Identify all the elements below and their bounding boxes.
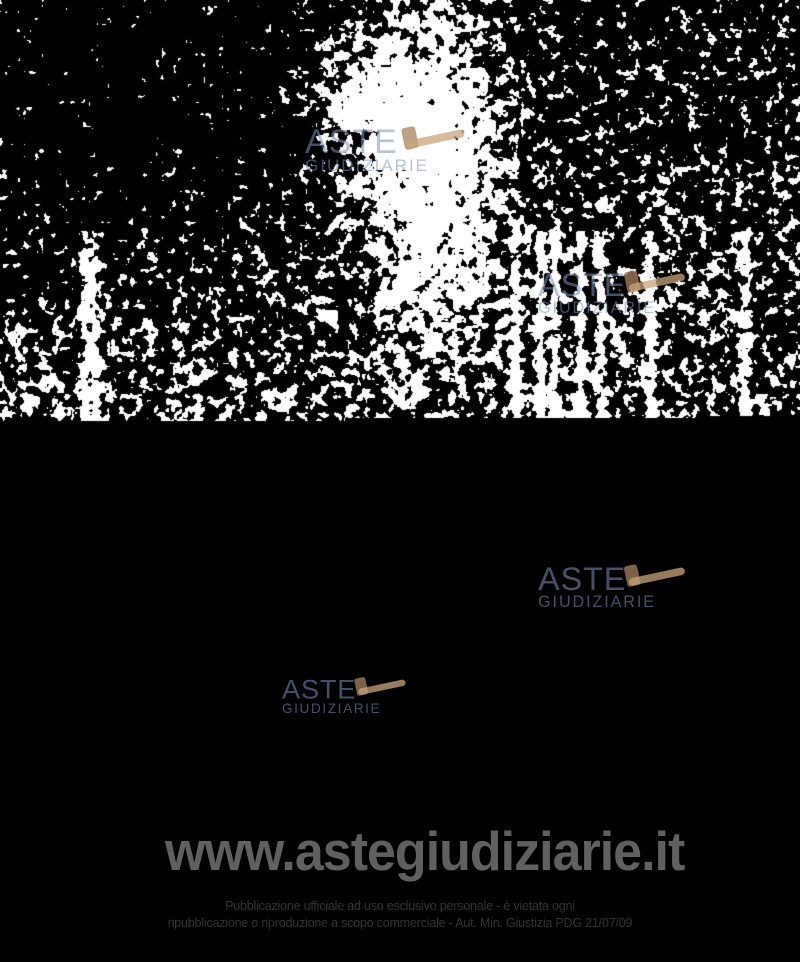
forest-photo bbox=[0, 0, 800, 962]
